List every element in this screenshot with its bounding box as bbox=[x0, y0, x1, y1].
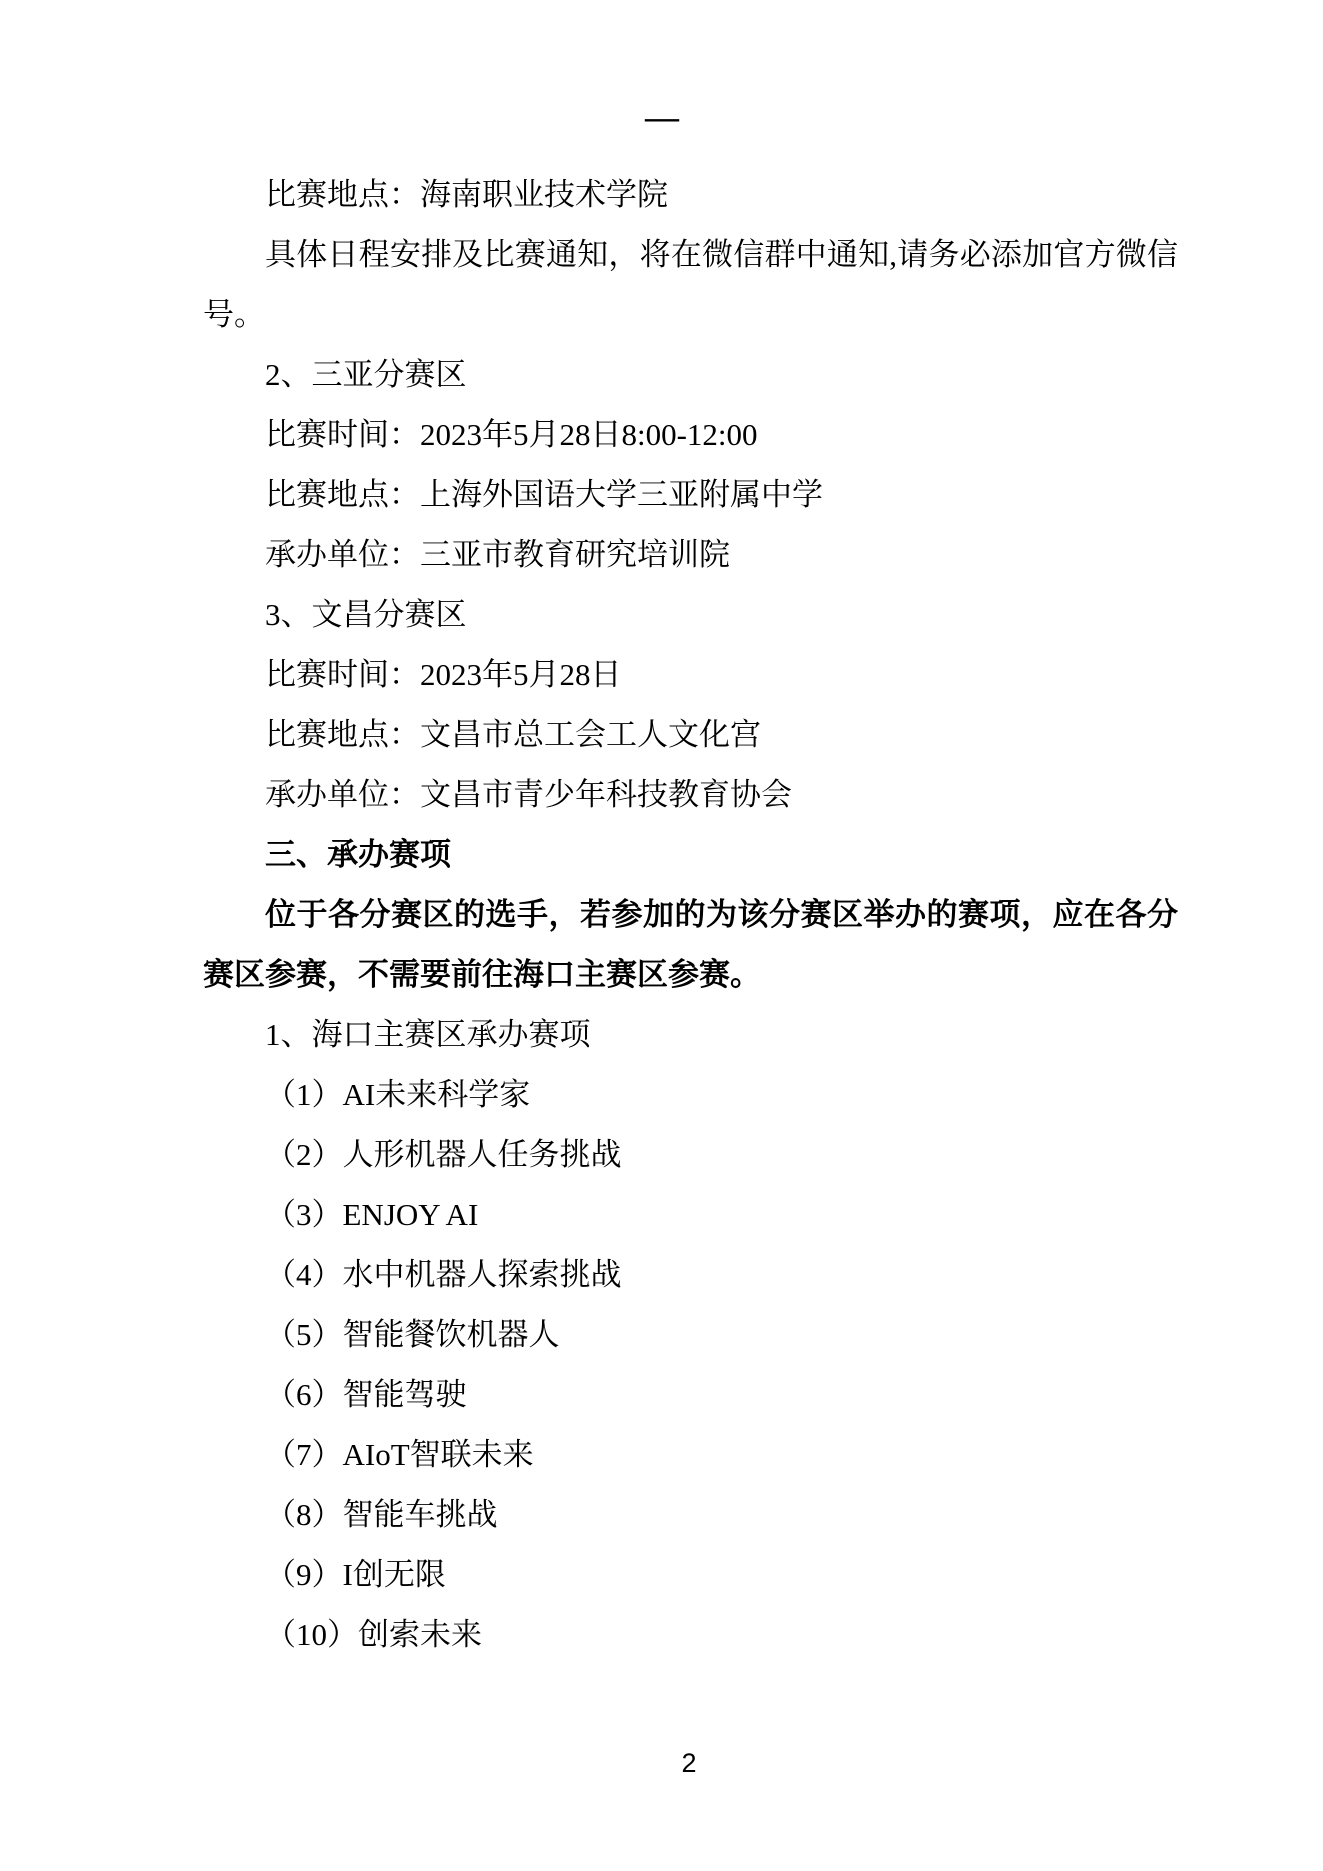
heading-sanya-subvenue: 2、三亚分赛区 bbox=[203, 345, 1178, 405]
list-item-event-4: （4）水中机器人探索挑战 bbox=[203, 1245, 1178, 1305]
list-item-event-3: （3）ENJOY AI bbox=[203, 1185, 1178, 1245]
document-page: — 比赛地点：海南职业技术学院 具体日程安排及比赛通知，将在微信群中通知,请务必… bbox=[0, 0, 1323, 1871]
heading-wenchang-subvenue: 3、文昌分赛区 bbox=[203, 585, 1178, 645]
heading-haikou-hosted-events: 1、海口主赛区承办赛项 bbox=[203, 1005, 1178, 1065]
document-body: 比赛地点：海南职业技术学院 具体日程安排及比赛通知，将在微信群中通知,请务必添加… bbox=[203, 165, 1178, 1665]
page-number: 2 bbox=[674, 1748, 704, 1778]
list-item-event-10: （10）创索未来 bbox=[203, 1605, 1178, 1665]
list-item-event-8: （8）智能车挑战 bbox=[203, 1485, 1178, 1545]
list-item-event-6: （6）智能驾驶 bbox=[203, 1365, 1178, 1425]
paragraph-sanya-time: 比赛时间：2023年5月28日8:00-12:00 bbox=[203, 405, 1178, 465]
list-item-event-7: （7）AIoT智联未来 bbox=[203, 1425, 1178, 1485]
list-item-event-2: （2）人形机器人任务挑战 bbox=[203, 1125, 1178, 1185]
paragraph-wenchang-venue: 比赛地点：文昌市总工会工人文化宫 bbox=[203, 705, 1178, 765]
paragraph-wenchang-organizer: 承办单位：文昌市青少年科技教育协会 bbox=[203, 765, 1178, 825]
list-item-event-9: （9）I创无限 bbox=[203, 1545, 1178, 1605]
list-item-event-1: （1）AI未来科学家 bbox=[203, 1065, 1178, 1125]
section-heading-hosted-events: 三、承办赛项 bbox=[203, 825, 1178, 885]
paragraph-wenchang-time: 比赛时间：2023年5月28日 bbox=[203, 645, 1178, 705]
header-dash: — bbox=[645, 96, 679, 140]
paragraph-sanya-organizer: 承办单位：三亚市教育研究培训院 bbox=[203, 525, 1178, 585]
paragraph-subvenue-rule: 位于各分赛区的选手，若参加的为该分赛区举办的赛项，应在各分赛区参赛，不需要前往海… bbox=[203, 885, 1178, 1005]
paragraph-haikou-venue: 比赛地点：海南职业技术学院 bbox=[203, 165, 1178, 225]
list-item-event-5: （5）智能餐饮机器人 bbox=[203, 1305, 1178, 1365]
paragraph-sanya-venue: 比赛地点：上海外国语大学三亚附属中学 bbox=[203, 465, 1178, 525]
paragraph-schedule-notice: 具体日程安排及比赛通知，将在微信群中通知,请务必添加官方微信号。 bbox=[203, 225, 1178, 345]
